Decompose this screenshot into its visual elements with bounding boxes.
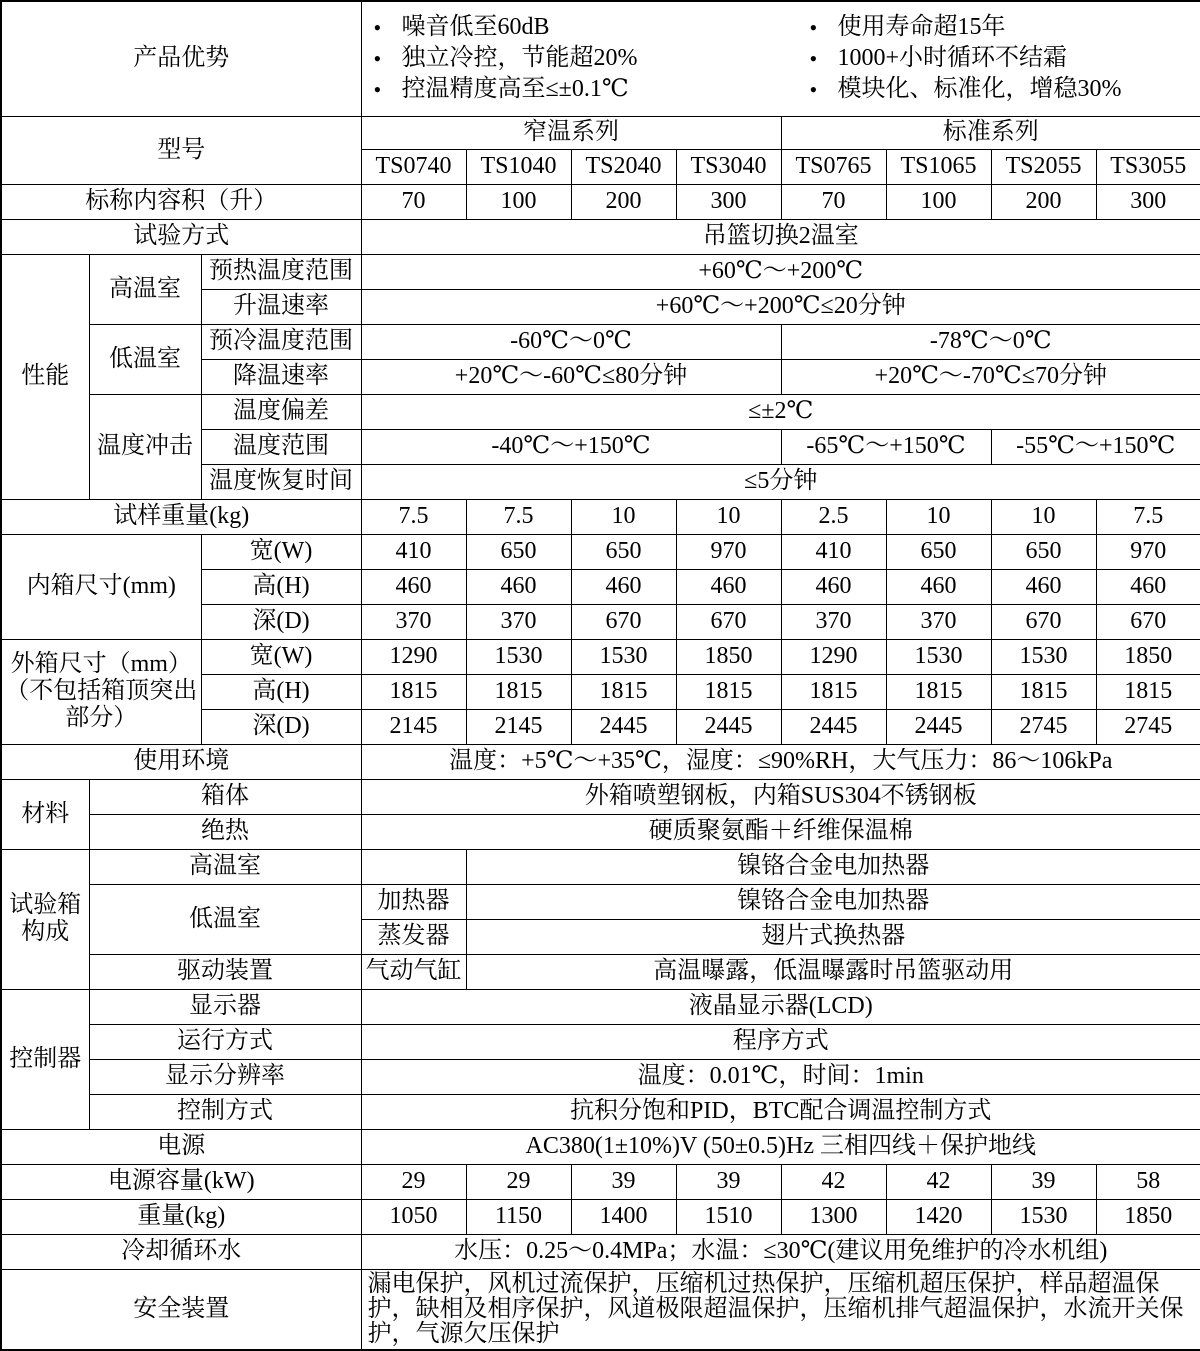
weight-value: 1530 — [991, 1199, 1096, 1234]
inner-depth-value: 370 — [781, 604, 886, 639]
model-label: 型号 — [1, 116, 361, 184]
power-capacity-value: 39 — [571, 1164, 676, 1199]
drive-type: 气动气缸 — [361, 954, 466, 989]
inner-width-value: 970 — [1096, 534, 1200, 569]
inner-height-value: 460 — [466, 569, 571, 604]
inner-depth-value: 670 — [1096, 604, 1200, 639]
outer-width-value: 1850 — [1096, 639, 1200, 674]
test-mode-value: 吊篮切换2温室 — [361, 219, 1200, 254]
temp-recovery-label: 温度恢复时间 — [201, 464, 361, 499]
cooldown-rate-standard: +20℃～-70℃≤70分钟 — [781, 359, 1200, 394]
outer-width-value: 1850 — [676, 639, 781, 674]
sample-weight-value: 10 — [991, 499, 1096, 534]
model-cell: TS0740 — [361, 149, 466, 184]
advantage-item: 噪音低至60dB — [362, 12, 798, 43]
cooling-water-value: 水压：0.25～0.4MPa；水温：≤30℃(建议用免维护的冷水机组) — [361, 1234, 1200, 1269]
control-mode-value: 抗积分饱和PID，BTC配合调温控制方式 — [361, 1094, 1200, 1129]
outer-width-value: 1530 — [991, 639, 1096, 674]
inner-height-value: 460 — [886, 569, 991, 604]
safety-label: 安全装置 — [1, 1269, 361, 1350]
precool-range-narrow: -60℃～0℃ — [361, 324, 781, 359]
weight-value: 1400 — [571, 1199, 676, 1234]
resolution-value: 温度：0.01℃，时间：1min — [361, 1059, 1200, 1094]
volume-label: 标称内容积（升） — [1, 184, 361, 219]
model-cell: TS0765 — [781, 149, 886, 184]
resolution-label: 显示分辨率 — [89, 1059, 361, 1094]
outer-width-value: 1530 — [886, 639, 991, 674]
model-cell: TS1040 — [466, 149, 571, 184]
temp-deviation-value: ≤±2℃ — [361, 394, 1200, 429]
controller-label: 控制器 — [1, 989, 89, 1129]
inner-height-value: 460 — [991, 569, 1096, 604]
sample-weight-value: 7.5 — [1096, 499, 1200, 534]
outer-height-value: 1815 — [781, 674, 886, 709]
inner-depth-value: 370 — [361, 604, 466, 639]
inner-depth-value: 370 — [466, 604, 571, 639]
run-mode-label: 运行方式 — [89, 1024, 361, 1059]
material-label: 材料 — [1, 779, 89, 849]
spec-sheet: 产品优势 噪音低至60dB 独立冷控，节能超20% 控温精度高至≤±0.1℃ 使… — [0, 0, 1200, 1351]
power-value: AC380(1±10%)V (50±0.5)Hz 三相四线＋保护地线 — [361, 1129, 1200, 1164]
high-room-label: 高温室 — [89, 254, 201, 324]
volume-value: 200 — [991, 184, 1096, 219]
outer-width-value: 1290 — [361, 639, 466, 674]
power-capacity-value: 39 — [676, 1164, 781, 1199]
inner-width-value: 410 — [361, 534, 466, 569]
drive-label: 驱动装置 — [89, 954, 361, 989]
preheat-range-value: +60℃～+200℃ — [361, 254, 1200, 289]
cabinet-body-label: 箱体 — [89, 779, 361, 814]
weight-value: 1150 — [466, 1199, 571, 1234]
temp-range-standard-a: -65℃～+150℃ — [781, 429, 991, 464]
display-value: 液晶显示器(LCD) — [361, 989, 1200, 1024]
preheat-range-label: 预热温度范围 — [201, 254, 361, 289]
sample-weight-value: 10 — [571, 499, 676, 534]
inner-width-value: 650 — [991, 534, 1096, 569]
advantage-item: 模块化、标准化，增稳30% — [798, 74, 1200, 105]
sample-weight-value: 10 — [886, 499, 991, 534]
precool-range-label: 预冷温度范围 — [201, 324, 361, 359]
outer-width-value: 1530 — [466, 639, 571, 674]
high-heater-label — [361, 849, 466, 884]
safety-value: 漏电保护，风机过流保护，压缩机过热保护，压缩机超压保护，样品超温保护，缺相及相序… — [361, 1269, 1200, 1350]
outer-height-value: 1815 — [676, 674, 781, 709]
low-heater-value: 镍铬合金电加热器 — [466, 884, 1200, 919]
insulation-value: 硬质聚氨酯＋纤维保温棉 — [361, 814, 1200, 849]
advantage-item: 独立冷控，节能超20% — [362, 43, 798, 74]
sample-weight-value: 7.5 — [361, 499, 466, 534]
temp-recovery-value: ≤5分钟 — [361, 464, 1200, 499]
sample-weight-value: 2.5 — [781, 499, 886, 534]
construction-high-room-label: 高温室 — [89, 849, 361, 884]
inner-height-value: 460 — [571, 569, 676, 604]
outer-depth-label: 深(D) — [201, 709, 361, 744]
weight-value: 1850 — [1096, 1199, 1200, 1234]
inner-depth-value: 370 — [886, 604, 991, 639]
heatup-rate-value: +60℃～+200℃≤20分钟 — [361, 289, 1200, 324]
model-cell: TS2055 — [991, 149, 1096, 184]
outer-height-value: 1815 — [1096, 674, 1200, 709]
volume-value: 70 — [781, 184, 886, 219]
power-capacity-value: 42 — [781, 1164, 886, 1199]
power-capacity-value: 29 — [361, 1164, 466, 1199]
low-heater-label: 加热器 — [361, 884, 466, 919]
power-capacity-value: 29 — [466, 1164, 571, 1199]
series-header-narrow: 窄温系列 — [361, 116, 781, 149]
inner-width-value: 970 — [676, 534, 781, 569]
inner-height-value: 460 — [781, 569, 886, 604]
weight-value: 1300 — [781, 1199, 886, 1234]
inner-width-value: 650 — [571, 534, 676, 569]
construction-label: 试验箱构成 — [1, 849, 89, 989]
outer-width-value: 1530 — [571, 639, 676, 674]
cooling-water-label: 冷却循环水 — [1, 1234, 361, 1269]
inner-height-label: 高(H) — [201, 569, 361, 604]
sample-weight-label: 试样重量(kg) — [1, 499, 361, 534]
construction-low-room-label: 低温室 — [89, 884, 361, 954]
advantage-item: 1000+小时循环不结霜 — [798, 43, 1200, 74]
outer-width-label: 宽(W) — [201, 639, 361, 674]
volume-value: 300 — [676, 184, 781, 219]
evaporator-value: 翅片式换热器 — [466, 919, 1200, 954]
series-header-standard: 标准系列 — [781, 116, 1200, 149]
power-label: 电源 — [1, 1129, 361, 1164]
cooldown-rate-narrow: +20℃～-60℃≤80分钟 — [361, 359, 781, 394]
power-capacity-value: 39 — [991, 1164, 1096, 1199]
outer-depth-value: 2445 — [781, 709, 886, 744]
weight-value: 1050 — [361, 1199, 466, 1234]
sample-weight-value: 10 — [676, 499, 781, 534]
weight-label: 重量(kg) — [1, 1199, 361, 1234]
inner-depth-value: 670 — [676, 604, 781, 639]
weight-value: 1510 — [676, 1199, 781, 1234]
inner-height-value: 460 — [676, 569, 781, 604]
volume-value: 100 — [886, 184, 991, 219]
advantage-item: 使用寿命超15年 — [798, 12, 1200, 43]
outer-height-value: 1815 — [886, 674, 991, 709]
display-label: 显示器 — [89, 989, 361, 1024]
thermal-shock-label: 温度冲击 — [89, 394, 201, 499]
outer-depth-value: 2745 — [1096, 709, 1200, 744]
outer-dims-label: 外箱尺寸（mm）（不包括箱顶突出部分） — [1, 639, 201, 744]
advantages-content: 噪音低至60dB 独立冷控，节能超20% 控温精度高至≤±0.1℃ 使用寿命超1… — [361, 1, 1200, 116]
low-room-label: 低温室 — [89, 324, 201, 394]
test-mode-label: 试验方式 — [1, 219, 361, 254]
sample-weight-value: 7.5 — [466, 499, 571, 534]
outer-depth-value: 2145 — [466, 709, 571, 744]
weight-value: 1420 — [886, 1199, 991, 1234]
advantage-item: 控温精度高至≤±0.1℃ — [362, 74, 798, 105]
power-capacity-value: 58 — [1096, 1164, 1200, 1199]
power-capacity-label: 电源容量(kW) — [1, 1164, 361, 1199]
inner-width-value: 650 — [886, 534, 991, 569]
precool-range-standard: -78℃～0℃ — [781, 324, 1200, 359]
advantages-list-left: 噪音低至60dB 独立冷控，节能超20% 控温精度高至≤±0.1℃ — [362, 12, 798, 105]
temp-range-narrow: -40℃～+150℃ — [361, 429, 781, 464]
volume-value: 200 — [571, 184, 676, 219]
outer-height-value: 1815 — [466, 674, 571, 709]
inner-height-value: 460 — [1096, 569, 1200, 604]
inner-depth-value: 670 — [571, 604, 676, 639]
outer-depth-value: 2445 — [886, 709, 991, 744]
outer-depth-value: 2145 — [361, 709, 466, 744]
model-cell: TS3040 — [676, 149, 781, 184]
inner-width-value: 410 — [781, 534, 886, 569]
outer-depth-value: 2445 — [676, 709, 781, 744]
power-capacity-value: 42 — [886, 1164, 991, 1199]
volume-value: 100 — [466, 184, 571, 219]
outer-height-value: 1815 — [991, 674, 1096, 709]
cabinet-body-value: 外箱喷塑钢板，内箱SUS304不锈钢板 — [361, 779, 1200, 814]
spec-table: 产品优势 噪音低至60dB 独立冷控，节能超20% 控温精度高至≤±0.1℃ 使… — [0, 0, 1200, 1351]
temp-range-standard-b: -55℃～+150℃ — [991, 429, 1200, 464]
inner-depth-value: 670 — [991, 604, 1096, 639]
outer-height-value: 1815 — [361, 674, 466, 709]
outer-height-value: 1815 — [571, 674, 676, 709]
temp-deviation-label: 温度偏差 — [201, 394, 361, 429]
inner-width-label: 宽(W) — [201, 534, 361, 569]
outer-depth-value: 2445 — [571, 709, 676, 744]
model-cell: TS2040 — [571, 149, 676, 184]
model-cell: TS1065 — [886, 149, 991, 184]
inner-height-value: 460 — [361, 569, 466, 604]
outer-height-label: 高(H) — [201, 674, 361, 709]
model-cell: TS3055 — [1096, 149, 1200, 184]
advantages-label: 产品优势 — [1, 1, 361, 116]
high-heater-value: 镍铬合金电加热器 — [466, 849, 1200, 884]
environment-label: 使用环境 — [1, 744, 361, 779]
control-mode-label: 控制方式 — [89, 1094, 361, 1129]
drive-use: 高温曝露，低温曝露时吊篮驱动用 — [466, 954, 1200, 989]
inner-depth-label: 深(D) — [201, 604, 361, 639]
outer-depth-value: 2745 — [991, 709, 1096, 744]
heatup-rate-label: 升温速率 — [201, 289, 361, 324]
volume-value: 300 — [1096, 184, 1200, 219]
performance-label: 性能 — [1, 254, 89, 499]
outer-width-value: 1290 — [781, 639, 886, 674]
environment-value: 温度：+5℃～+35℃，湿度：≤90%RH，大气压力：86～106kPa — [361, 744, 1200, 779]
advantages-list-right: 使用寿命超15年 1000+小时循环不结霜 模块化、标准化，增稳30% — [798, 12, 1200, 105]
advantages-columns: 噪音低至60dB 独立冷控，节能超20% 控温精度高至≤±0.1℃ 使用寿命超1… — [362, 12, 1200, 105]
evaporator-label: 蒸发器 — [361, 919, 466, 954]
inner-width-value: 650 — [466, 534, 571, 569]
temp-range-label: 温度范围 — [201, 429, 361, 464]
cooldown-rate-label: 降温速率 — [201, 359, 361, 394]
run-mode-value: 程序方式 — [361, 1024, 1200, 1059]
volume-value: 70 — [361, 184, 466, 219]
inner-dims-label: 内箱尺寸(mm) — [1, 534, 201, 639]
insulation-label: 绝热 — [89, 814, 361, 849]
